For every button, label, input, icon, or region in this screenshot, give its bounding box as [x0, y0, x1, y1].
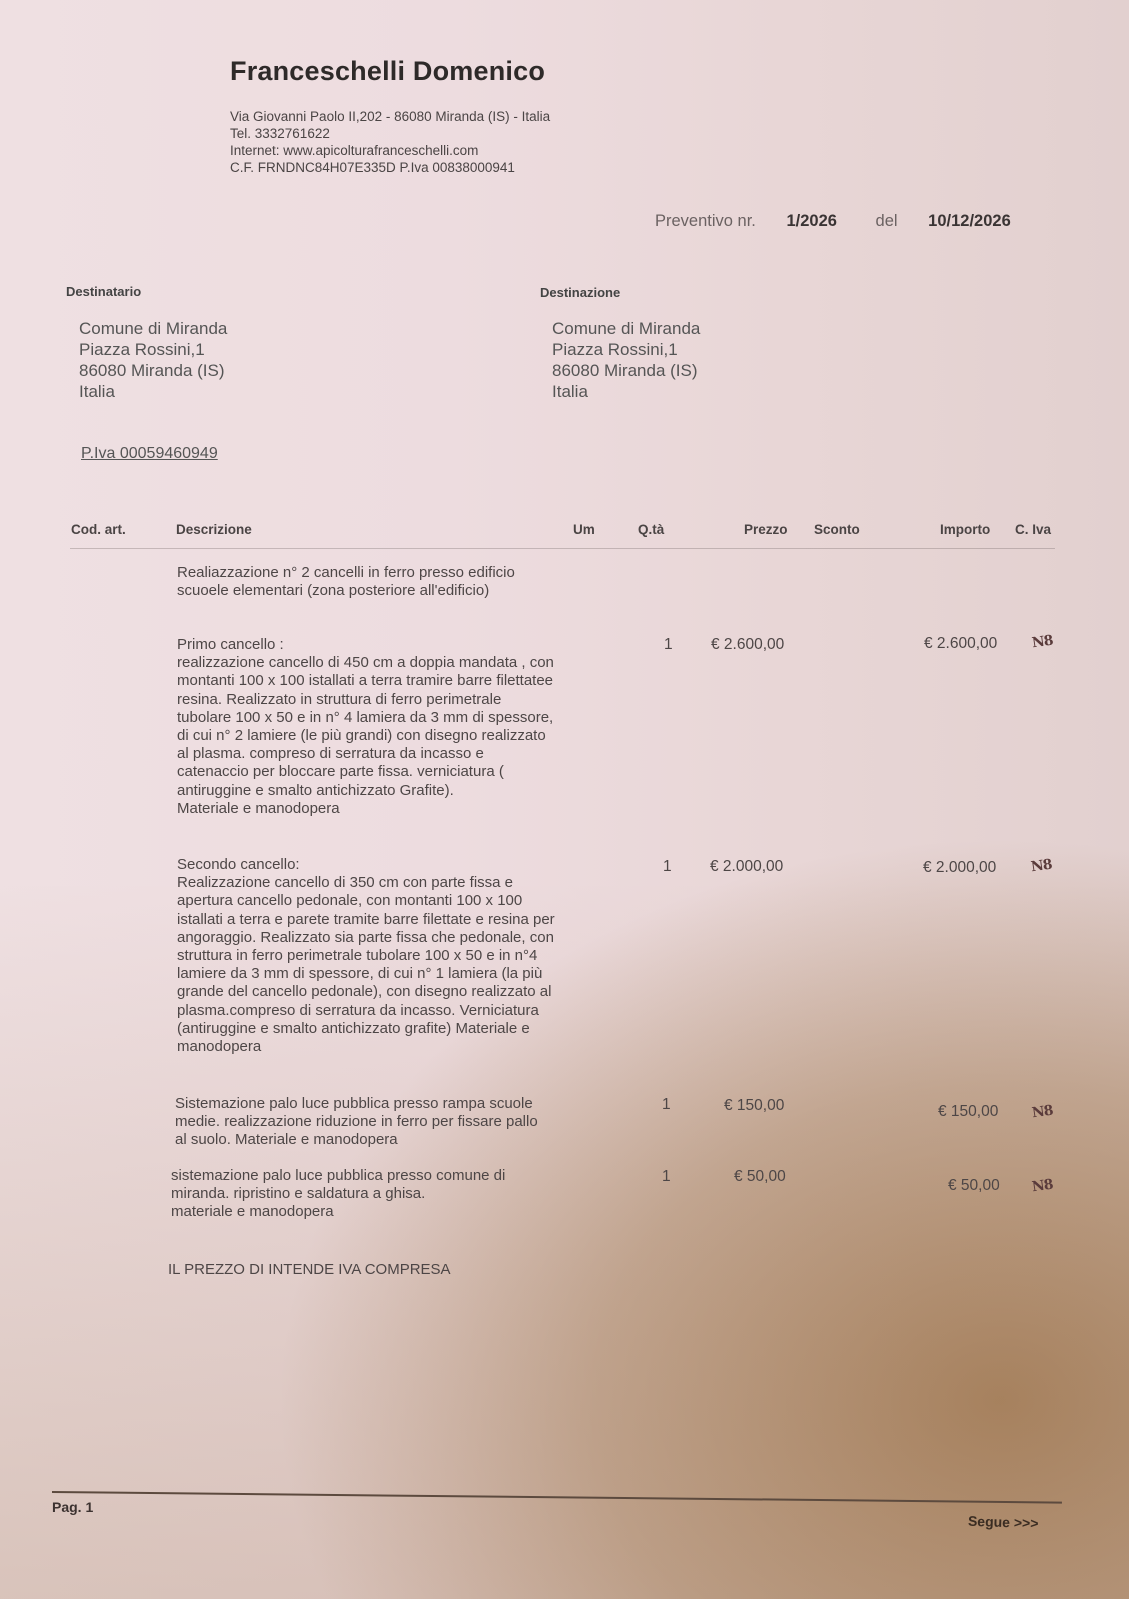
table-row-description: Sistemazione palo luce pubblica presso r… [175, 1095, 550, 1150]
paper-shadow [0, 0, 1129, 1599]
destination-line: Piazza Rossini,1 [552, 339, 700, 360]
company-address: Via Giovanni Paolo II,202 - 86080 Mirand… [230, 108, 550, 125]
recipient-line: Piazza Rossini,1 [79, 339, 227, 360]
destination-line: 86080 Miranda (IS) [552, 360, 700, 381]
col-header-price: Prezzo [744, 522, 788, 537]
table-row-price: € 2.000,00 [710, 858, 783, 876]
company-tax-ids: C.F. FRNDNC84H07E335D P.Iva 00838000941 [230, 159, 550, 176]
table-row-qty: 1 [662, 1096, 671, 1114]
vat-code-stamp: N8 [1031, 1177, 1054, 1196]
table-header-rule [70, 548, 1055, 549]
table-intro: Realiazzazione n° 2 cancelli in ferro pr… [177, 564, 517, 600]
destination-address: Comune di Miranda Piazza Rossini,1 86080… [552, 318, 700, 402]
col-header-vat-code: C. Iva [1015, 522, 1051, 537]
destination-line: Comune di Miranda [552, 318, 700, 339]
recipient-line: Italia [79, 381, 227, 402]
company-name: Franceschelli Domenico [230, 56, 545, 87]
vat-note: IL PREZZO DI INTENDE IVA COMPRESA [168, 1261, 451, 1278]
table-row-amount: € 2.000,00 [923, 859, 996, 877]
continue-label: Segue >>> [968, 1513, 1039, 1531]
table-row-qty: 1 [664, 636, 673, 654]
table-row-price: € 50,00 [734, 1168, 786, 1186]
recipient-label: Destinatario [66, 284, 141, 299]
quote-date-label: del [876, 212, 898, 231]
company-website: Internet: www.apicolturafranceschelli.co… [230, 142, 550, 159]
table-row-description: Secondo cancello: Realizzazione cancello… [177, 856, 557, 1056]
quote-number: 1/2026 [786, 212, 836, 231]
quote-number-label: Preventivo nr. [655, 212, 756, 231]
col-header-code: Cod. art. [71, 522, 126, 537]
col-header-description: Descrizione [176, 522, 252, 537]
table-row-amount: € 50,00 [948, 1177, 1000, 1195]
company-info: Via Giovanni Paolo II,202 - 86080 Mirand… [230, 108, 550, 176]
table-row-price: € 150,00 [724, 1097, 784, 1115]
table-row-price: € 2.600,00 [711, 636, 784, 654]
table-row-description: sistemazione palo luce pubblica presso c… [171, 1167, 546, 1222]
table-row-qty: 1 [662, 1168, 671, 1186]
table-row-qty: 1 [663, 858, 672, 876]
recipient-address: Comune di Miranda Piazza Rossini,1 86080… [79, 318, 227, 402]
destination-line: Italia [552, 381, 700, 402]
recipient-line: 86080 Miranda (IS) [79, 360, 227, 381]
col-header-qty: Q.tà [638, 522, 664, 537]
destination-label: Destinazione [540, 285, 620, 300]
table-row-description: Primo cancello : realizzazione cancello … [177, 636, 557, 818]
quote-date: 10/12/2026 [928, 212, 1011, 231]
table-row-amount: € 150,00 [938, 1103, 998, 1121]
vat-code-stamp: N8 [1031, 1103, 1054, 1122]
vat-code-stamp: N8 [1031, 633, 1054, 652]
quote-header: Preventivo nr. 1/2026 del 10/12/2026 [655, 212, 1011, 231]
col-header-amount: Importo [940, 522, 990, 537]
footer-rule [52, 1491, 1062, 1504]
recipient-vat: P.Iva 00059460949 [81, 445, 218, 463]
recipient-line: Comune di Miranda [79, 318, 227, 339]
col-header-discount: Sconto [814, 522, 860, 537]
company-phone: Tel. 3332761622 [230, 125, 550, 142]
vat-code-stamp: N8 [1030, 857, 1053, 876]
col-header-um: Um [573, 522, 595, 537]
page-number: Pag. 1 [52, 1499, 93, 1515]
table-row-amount: € 2.600,00 [924, 635, 997, 653]
